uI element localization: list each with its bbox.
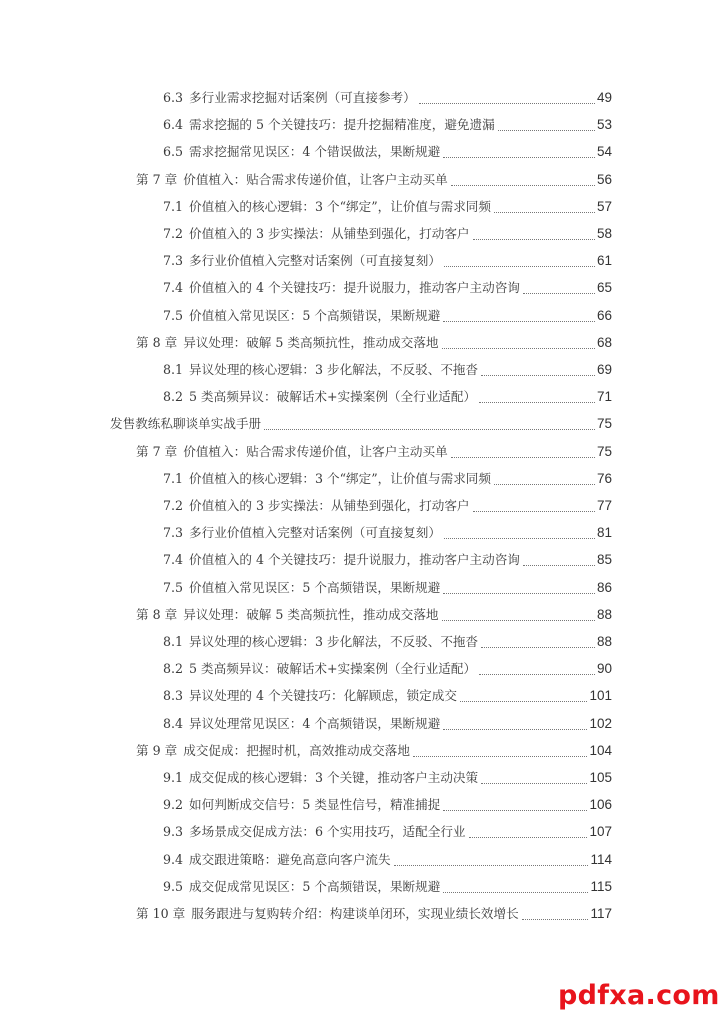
toc-chapter[interactable]: 第 10 章服务跟进与复购转介绍：构建谈单闭环，实现业绩长效增长117 (136, 903, 612, 923)
toc-page-number: 106 (589, 796, 612, 814)
toc-entry-number: 7.1 (163, 198, 183, 216)
dot-leader (444, 265, 595, 267)
toc-page-number: 90 (597, 660, 612, 678)
toc-page-number: 53 (597, 116, 612, 134)
toc-page-number: 107 (589, 823, 612, 841)
toc-section[interactable]: 8.1异议处理的核心逻辑：3 步化解法，不反驳、不拖沓88 (163, 631, 612, 651)
toc-entry-title: 异议处理：破解 5 类高频抗性，推动成交落地 (183, 606, 438, 624)
dot-leader (443, 320, 595, 322)
toc-entry-number: 9.2 (163, 796, 183, 814)
toc-entry-title: 多行业价值植入完整对话案例（可直接复刻） (189, 252, 441, 270)
dot-leader (479, 401, 595, 403)
toc-page-number: 102 (589, 715, 612, 733)
toc-entry-number: 9.1 (163, 769, 183, 787)
toc-section[interactable]: 8.25 类高频异议：破解话术+实操案例（全行业适配）71 (163, 386, 612, 406)
toc-section[interactable]: 6.4需求挖掘的 5 个关键技巧：提升挖掘精准度，避免遗漏53 (163, 114, 612, 134)
toc-entry-title: 异议处理的 4 个关键技巧：化解顾虑，锁定成交 (189, 687, 457, 705)
toc-page-number: 75 (597, 443, 612, 461)
dot-leader (443, 728, 587, 730)
toc-section[interactable]: 7.1价值植入的核心逻辑：3 个“绑定”，让价值与需求同频57 (163, 196, 612, 216)
toc-section[interactable]: 8.4异议处理常见误区：4 个高频错误，果断规避102 (163, 713, 612, 733)
toc-entry-number: 第 9 章 (136, 742, 177, 760)
toc-entry-title: 价值植入的 3 步实操法：从铺垫到强化，打动客户 (189, 225, 470, 243)
toc-entry-number: 9.3 (163, 823, 183, 841)
toc-entry-title: 成交促成常见误区：5 个高频错误，果断规避 (189, 878, 440, 896)
toc-entry-title: 成交促成的核心逻辑：3 个关键，推动客户主动决策 (189, 769, 478, 787)
toc-section[interactable]: 7.4价值植入的 4 个关键技巧：提升说服力，推动客户主动咨询65 (163, 277, 612, 297)
toc-entry-title: 需求挖掘常见误区：4 个错误做法，果断规避 (189, 143, 440, 161)
dot-leader (523, 292, 595, 294)
dot-leader (451, 184, 595, 186)
toc-entry-number: 6.4 (163, 116, 183, 134)
toc-section[interactable]: 9.2如何判断成交信号：5 类显性信号，精准捕捉106 (163, 794, 612, 814)
toc-chapter[interactable]: 第 8 章异议处理：破解 5 类高频抗性，推动成交落地68 (136, 332, 612, 352)
toc-entry-title: 价值植入的核心逻辑：3 个“绑定”，让价值与需求同频 (189, 470, 491, 488)
toc-entry-title: 异议处理的核心逻辑：3 步化解法，不反驳、不拖沓 (189, 361, 478, 379)
dot-leader (498, 129, 595, 131)
toc-page-number: 115 (590, 878, 612, 896)
toc-section[interactable]: 7.1价值植入的核心逻辑：3 个“绑定”，让价值与需求同频76 (163, 468, 612, 488)
toc-page-number: 104 (589, 742, 612, 760)
toc-entry-title: 需求挖掘的 5 个关键技巧：提升挖掘精准度，避免遗漏 (189, 116, 495, 134)
toc-entry-number: 第 8 章 (136, 606, 177, 624)
toc-page-number: 71 (597, 388, 612, 406)
dot-leader (443, 809, 587, 811)
toc-entry-number: 7.3 (163, 524, 183, 542)
dot-leader (523, 564, 595, 566)
dot-leader (481, 646, 595, 648)
toc-page-number: 85 (597, 551, 612, 569)
toc-entry-number: 8.1 (163, 633, 183, 651)
toc-entry-number: 8.3 (163, 687, 183, 705)
dot-leader (444, 537, 595, 539)
toc-entry-number: 第 8 章 (136, 334, 177, 352)
toc-section[interactable]: 7.5价值植入常见误区：5 个高频错误，果断规避66 (163, 305, 612, 325)
toc-entry-title: 价值植入的 4 个关键技巧：提升说服力，推动客户主动咨询 (189, 551, 520, 569)
toc-page-number: 76 (597, 470, 612, 488)
toc-entry-title: 多场景成交促成方法：6 个实用技巧，适配全行业 (189, 823, 466, 841)
toc-page-number: 75 (597, 415, 612, 433)
toc-page-number: 86 (597, 579, 612, 597)
toc-entry-number: 7.1 (163, 470, 183, 488)
toc-page-number: 65 (597, 279, 612, 297)
dot-leader (473, 238, 595, 240)
dot-leader (413, 755, 588, 757)
toc-page-number: 101 (589, 687, 612, 705)
toc-page-number: 61 (597, 252, 612, 270)
dot-leader (451, 456, 595, 458)
toc-entry-number: 8.2 (163, 388, 183, 406)
toc-page-number: 117 (590, 905, 612, 923)
toc-section[interactable]: 6.5需求挖掘常见误区：4 个错误做法，果断规避54 (163, 141, 612, 161)
toc-entry-title: 价值植入的 3 步实操法：从铺垫到强化，打动客户 (189, 497, 470, 515)
toc-entry-title: 价值植入：贴合需求传递价值，让客户主动买单 (183, 171, 447, 189)
toc-entry-title: 服务跟进与复购转介绍：构建谈单闭环，实现业绩长效增长 (191, 905, 518, 923)
toc-page-number: 114 (590, 851, 612, 869)
toc-entry-title: 多行业需求挖掘对话案例（可直接参考） (189, 89, 416, 107)
dot-leader (443, 891, 588, 893)
toc-page-number: 66 (597, 307, 612, 325)
dot-leader (469, 836, 588, 838)
toc-entry-title: 价值植入的核心逻辑：3 个“绑定”，让价值与需求同频 (189, 198, 491, 216)
toc-part[interactable]: 发售教练私聊谈单实战手册75 (110, 413, 612, 433)
toc-entry-number: 6.5 (163, 143, 183, 161)
toc-entry-title: 成交跟进策略：避免高意向客户流失 (189, 851, 391, 869)
toc-page-number: 81 (597, 524, 612, 542)
toc-section[interactable]: 7.5价值植入常见误区：5 个高频错误，果断规避86 (163, 577, 612, 597)
toc-entry-title: 异议处理常见误区：4 个高频错误，果断规避 (189, 715, 440, 733)
toc-entry-number: 7.3 (163, 252, 183, 270)
toc-entry-number: 第 7 章 (136, 171, 177, 189)
toc-section[interactable]: 9.5成交促成常见误区：5 个高频错误，果断规避115 (163, 876, 612, 896)
toc-page-number: 49 (597, 89, 612, 107)
toc-entry-number: 6.3 (163, 89, 183, 107)
toc-section[interactable]: 8.1异议处理的核心逻辑：3 步化解法，不反驳、不拖沓69 (163, 359, 612, 379)
toc-entry-number: 7.2 (163, 497, 183, 515)
toc-page-number: 88 (597, 633, 612, 651)
dot-leader (473, 510, 595, 512)
toc-entry-number: 第 7 章 (136, 443, 177, 461)
toc-entry-title: 如何判断成交信号：5 类显性信号，精准捕捉 (189, 796, 440, 814)
toc-section[interactable]: 9.3多场景成交促成方法：6 个实用技巧，适配全行业107 (163, 821, 612, 841)
dot-leader (522, 918, 589, 920)
dot-leader (442, 347, 595, 349)
toc-chapter[interactable]: 第 8 章异议处理：破解 5 类高频抗性，推动成交落地88 (136, 604, 612, 624)
dot-leader (481, 374, 595, 376)
dot-leader (442, 619, 595, 621)
toc-page-number: 77 (597, 497, 612, 515)
toc-page-number: 56 (597, 171, 612, 189)
toc-section[interactable]: 7.2价值植入的 3 步实操法：从铺垫到强化，打动客户58 (163, 223, 612, 243)
dot-leader (394, 864, 589, 866)
toc-entry-title: 多行业价值植入完整对话案例（可直接复刻） (189, 524, 441, 542)
dot-leader (443, 156, 595, 158)
toc-section[interactable]: 6.3多行业需求挖掘对话案例（可直接参考）49 (163, 87, 612, 107)
toc-entry-title: 5 类高频异议：破解话术+实操案例（全行业适配） (189, 388, 476, 406)
toc-section[interactable]: 7.3多行业价值植入完整对话案例（可直接复刻）81 (163, 522, 612, 542)
toc-entry-number: 7.2 (163, 225, 183, 243)
toc-entry-title: 价值植入常见误区：5 个高频错误，果断规避 (189, 579, 440, 597)
toc-page-number: 69 (597, 361, 612, 379)
toc-page-number: 88 (597, 606, 612, 624)
toc-entry-title: 5 类高频异议：破解话术+实操案例（全行业适配） (189, 660, 476, 678)
toc-page-number: 54 (597, 143, 612, 161)
toc-chapter[interactable]: 第 9 章成交促成：把握时机，高效推动成交落地104 (136, 740, 612, 760)
toc-entry-title: 发售教练私聊谈单实战手册 (110, 415, 261, 433)
toc-entry-title: 价值植入的 4 个关键技巧：提升说服力，推动客户主动咨询 (189, 279, 520, 297)
toc-entry-title: 异议处理：破解 5 类高频抗性，推动成交落地 (183, 334, 438, 352)
toc-entry-number: 8.1 (163, 361, 183, 379)
toc-section[interactable]: 7.3多行业价值植入完整对话案例（可直接复刻）61 (163, 250, 612, 270)
toc-entry-title: 成交促成：把握时机，高效推动成交落地 (183, 742, 410, 760)
toc-entry-number: 7.4 (163, 279, 183, 297)
toc-section[interactable]: 7.4价值植入的 4 个关键技巧：提升说服力，推动客户主动咨询85 (163, 549, 612, 569)
toc-entry-number: 8.2 (163, 660, 183, 678)
dot-leader (481, 782, 587, 784)
toc-entry-title: 价值植入常见误区：5 个高频错误，果断规避 (189, 307, 440, 325)
toc-section[interactable]: 8.3异议处理的 4 个关键技巧：化解顾虑，锁定成交101 (163, 685, 612, 705)
toc-section[interactable]: 9.4成交跟进策略：避免高意向客户流失114 (163, 849, 612, 869)
dot-leader (494, 211, 595, 213)
toc-chapter[interactable]: 第 7 章价值植入：贴合需求传递价值，让客户主动买单75 (136, 441, 612, 461)
toc-section[interactable]: 9.1成交促成的核心逻辑：3 个关键，推动客户主动决策105 (163, 767, 612, 787)
toc-section[interactable]: 8.25 类高频异议：破解话术+实操案例（全行业适配）90 (163, 658, 612, 678)
dot-leader (419, 102, 595, 104)
toc-entry-number: 9.4 (163, 851, 183, 869)
toc-page-number: 57 (597, 198, 612, 216)
dot-leader (479, 673, 595, 675)
toc-entry-number: 7.5 (163, 307, 183, 325)
toc-page-number: 105 (589, 769, 612, 787)
toc-entry-number: 7.4 (163, 551, 183, 569)
toc-page-number: 58 (597, 225, 612, 243)
toc-section[interactable]: 7.2价值植入的 3 步实操法：从铺垫到强化，打动客户77 (163, 495, 612, 515)
toc-entry-title: 价值植入：贴合需求传递价值，让客户主动买单 (183, 443, 447, 461)
toc-chapter[interactable]: 第 7 章价值植入：贴合需求传递价值，让客户主动买单56 (136, 169, 612, 189)
toc-entry-number: 8.4 (163, 715, 183, 733)
toc-entry-number: 9.5 (163, 878, 183, 896)
watermark-logo: pdfxa.com (558, 980, 720, 1011)
toc-page-number: 68 (597, 334, 612, 352)
toc-entry-number: 第 10 章 (136, 905, 185, 923)
dot-leader (264, 428, 595, 430)
dot-leader (460, 700, 588, 702)
toc-entry-number: 7.5 (163, 579, 183, 597)
dot-leader (494, 483, 595, 485)
dot-leader (443, 592, 595, 594)
toc-entry-title: 异议处理的核心逻辑：3 步化解法，不反驳、不拖沓 (189, 633, 478, 651)
